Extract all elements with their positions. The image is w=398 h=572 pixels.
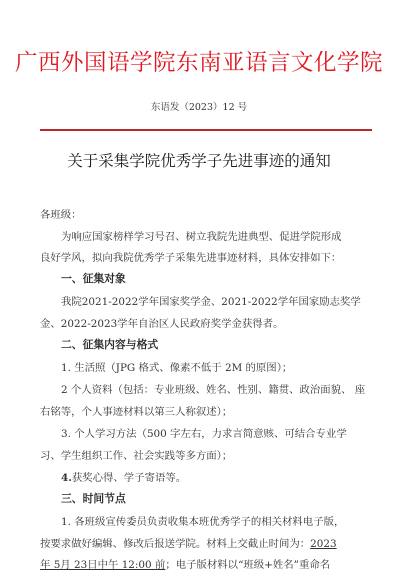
- section-heading-timeline: 三、时间节点: [61, 491, 126, 506]
- timeline-line-3-text: ；电子版材料以“班级+姓名”重命名: [165, 559, 330, 571]
- content-item-4-text: 获奖心得、学子寄语等。: [72, 472, 186, 484]
- section-targets-line-2: 金、2022-2023学年自治区人民政府奖学金获得者。: [40, 315, 283, 330]
- deadline-year: 2023: [310, 538, 336, 550]
- content-item-3-line-1: 3. 个人学习方法（500 字左右，力求言简意赅、可结合专业学: [61, 425, 347, 440]
- content-item-2-line-2: 右铭等，个人事迹材料以第三人称叙述）；: [40, 403, 232, 418]
- red-divider-line: [40, 129, 372, 131]
- content-item-4-number: 4.: [61, 472, 72, 484]
- section-heading-content-format: 二、征集内容与格式: [61, 337, 158, 352]
- deadline-date: 年 5月 23日中午 12:00 前: [40, 559, 165, 571]
- timeline-item-1-line-2: 按要求做好编辑、修改后报送学院。材料上交截止时间为：2023: [40, 535, 337, 550]
- section-heading-targets: 一、征集对象: [61, 271, 126, 286]
- timeline-line-2-text: 按要求做好编辑、修改后报送学院。材料上交截止时间为：: [40, 538, 310, 550]
- document-page: 广西外国语学院东南亚语言文化学院 东语发（2023）12 号 关于采集学院优秀学…: [0, 0, 398, 572]
- content-item-4: 4.获奖心得、学子寄语等。: [61, 469, 186, 484]
- timeline-item-1-line-1: 1. 各班级宣传委员负责收集本班优秀学子的相关材料电子版，: [61, 513, 344, 528]
- content-item-2-line-1: 2 个人资料（包括：专业班级、姓名、性别、籍贯、政治面貌、 座: [61, 381, 365, 396]
- section-targets-line-1: 我院2021-2022学年国家奖学金、2021-2022学年国家励志奖学: [61, 293, 361, 308]
- content-item-1: 1. 生活照（JPG 格式、像素不低于 2M 的原图）；: [61, 359, 292, 374]
- organization-title: 广西外国语学院东南亚语言文化学院: [0, 45, 398, 77]
- content-item-3-line-2: 习、学生组织工作、社会实践等多方面）；: [40, 447, 232, 462]
- salutation: 各班级：: [40, 206, 82, 221]
- document-number: 东语发（2023）12 号: [0, 99, 398, 113]
- intro-line-2: 良好学风，拟向我院优秀学子采集先进事迹材料，具体安排如下：: [40, 249, 341, 264]
- intro-line-1: 为响应国家榜样学习号召、树立我院先进典型、促进学院形成: [61, 228, 342, 243]
- notice-title: 关于采集学院优秀学子先进事迹的通知: [0, 149, 398, 171]
- timeline-item-1-line-3: 年 5月 23日中午 12:00 前；电子版材料以“班级+姓名”重命名: [40, 556, 330, 571]
